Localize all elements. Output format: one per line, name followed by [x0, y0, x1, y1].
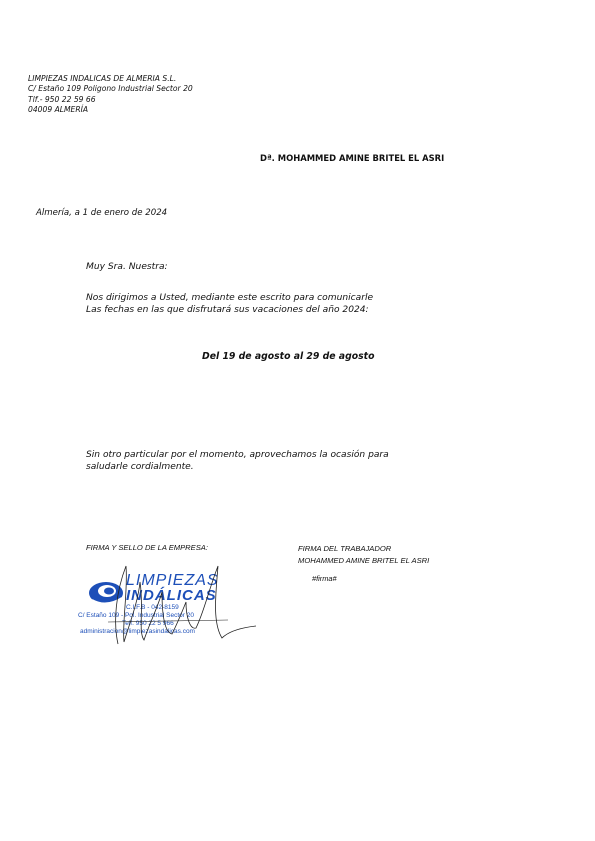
closing-line-2: saludarle cordialmente.: [86, 461, 389, 473]
closing-paragraph: Sin otro particular por el momento, apro…: [86, 449, 389, 473]
company-signature-label: FIRMA Y SELLO DE LA EMPRESA:: [86, 543, 208, 552]
body-line-1: Nos dirigimos a Usted, mediante este esc…: [86, 292, 373, 304]
sender-phone: Tlf.- 950 22 59 66: [28, 95, 193, 105]
worker-signature-block: FIRMA DEL TRABAJADOR MOHAMMED AMINE BRIT…: [298, 543, 429, 566]
company-stamp: LIMPIEZAS INDÁLICAS C.I.F.B - 042-8159 C…: [78, 562, 268, 652]
sender-block: LIMPIEZAS INDALICAS DE ALMERIA S.L. C/ E…: [28, 74, 193, 115]
body-line-2: Las fechas en las que disfrutará sus vac…: [86, 304, 373, 316]
sender-address: C/ Estaño 109 Poligono Industrial Sector…: [28, 84, 193, 94]
greeting: Muy Sra. Nuestra:: [86, 262, 168, 272]
sender-company: LIMPIEZAS INDALICAS DE ALMERIA S.L.: [28, 74, 193, 84]
vacation-dates: Del 19 de agosto al 29 de agosto: [202, 351, 374, 362]
recipient-name: Dª. MOHAMMED AMINE BRITEL EL ASRI: [260, 153, 444, 163]
worker-signature-placeholder: #firma#: [312, 574, 337, 583]
handwritten-signature-icon: [78, 562, 268, 652]
sender-postal-city: 04009 ALMERÍA: [28, 105, 193, 115]
closing-line-1: Sin otro particular por el momento, apro…: [86, 449, 389, 461]
body-paragraph: Nos dirigimos a Usted, mediante este esc…: [86, 292, 373, 316]
worker-signature-label: FIRMA DEL TRABAJADOR: [298, 543, 429, 555]
worker-name: MOHAMMED AMINE BRITEL EL ASRI: [298, 555, 429, 567]
date-line: Almería, a 1 de enero de 2024: [36, 208, 167, 218]
